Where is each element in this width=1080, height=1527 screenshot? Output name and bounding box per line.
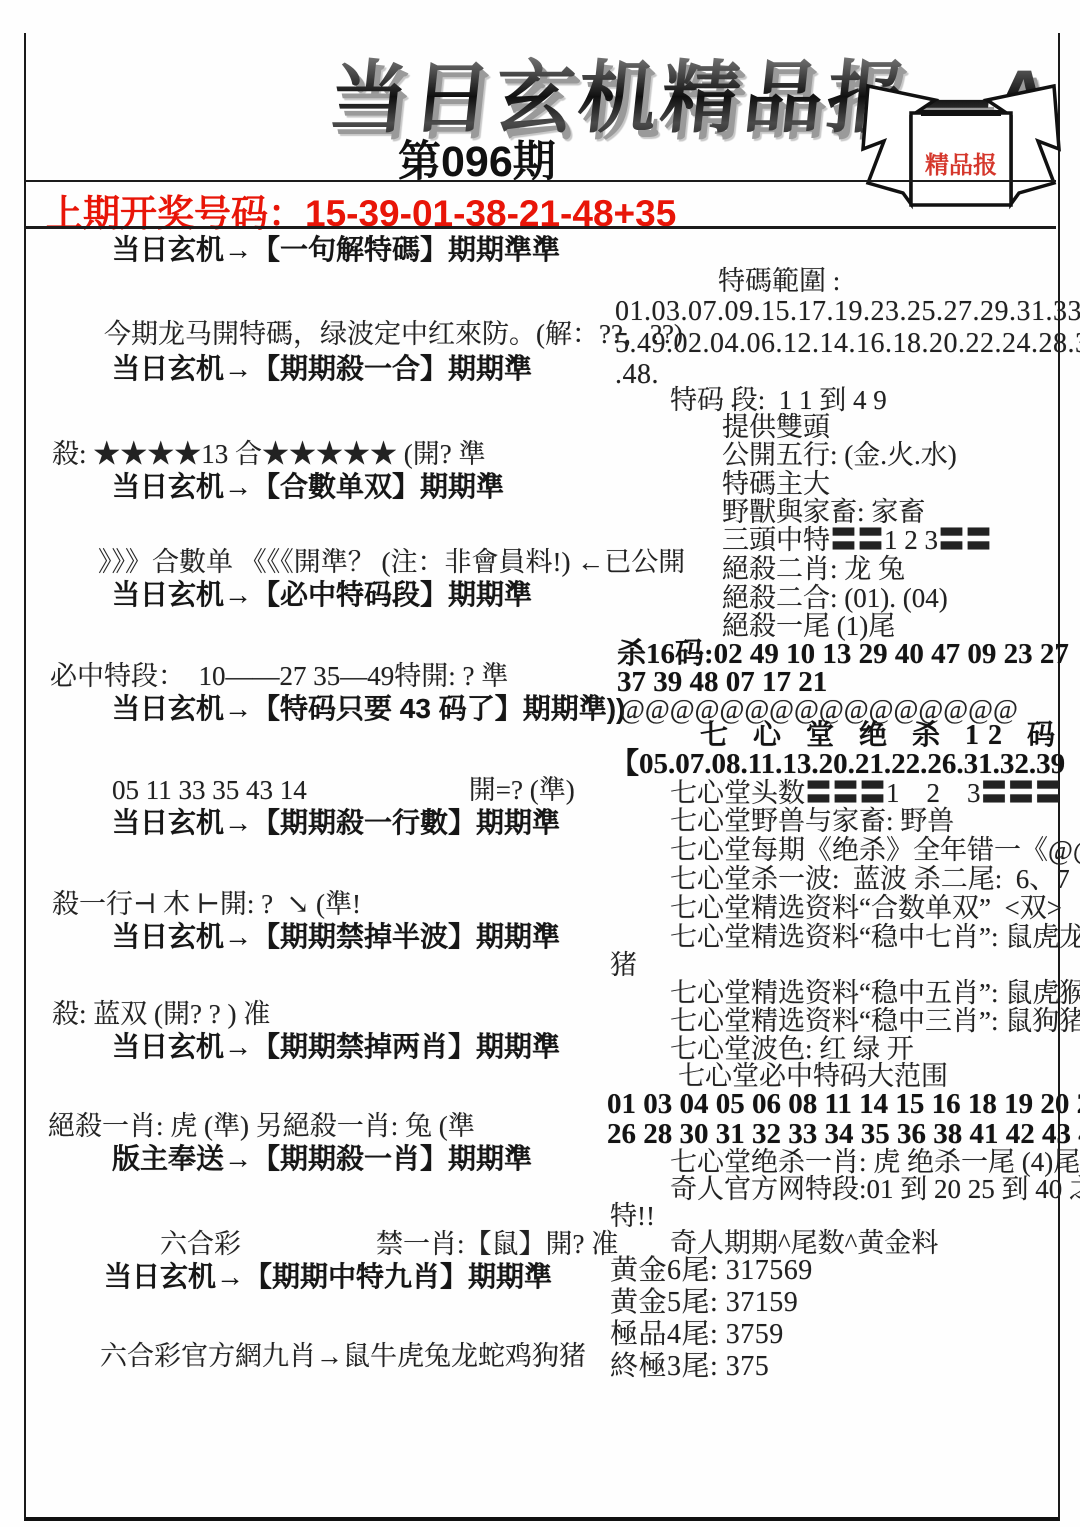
left-tip-line: 六合彩 禁一肖:【鼠】開? 准: [160, 1230, 618, 1260]
right-info-line: 七心堂精选资料“合数单双” <双>: [670, 894, 1062, 924]
right-info-line: 公開五行: (金.火.水): [722, 441, 957, 471]
right-info-line: 特碼範圍 :: [718, 267, 840, 297]
left-tip-line: 当日玄机→【期期禁掉半波】期期準: [112, 922, 560, 953]
right-info-line: 奇人官方网特段:01 到 20 25 到 40 之间博: [670, 1175, 1080, 1205]
left-tip-line: 当日玄机→【期期禁掉两肖】期期準: [112, 1032, 560, 1063]
left-tip-line: 当日玄机→【必中特码段】期期準: [112, 580, 532, 611]
right-info-line: 野獸與家畜: 家畜: [722, 498, 925, 528]
left-tip-line: 05 11 33 35 43 14 開=? (準): [112, 776, 575, 806]
right-info-line: 七心堂杀一波: 蓝波 杀二尾: 6、7: [670, 865, 1070, 895]
tip-sheet-page: 当日玄机精品报—A 当日玄机精品报—A 精品报 第096期 上期开奖号码：15-…: [0, 0, 1080, 1527]
right-info-line: 【05.07.08.11.13.20.21.22.26.31.32.39: [610, 749, 1065, 781]
right-info-line: 猪: [610, 951, 637, 981]
right-info-line: 特!!: [610, 1202, 655, 1232]
left-tip-line: 殺: ★★★★13 合★★★★★ (開? 準: [52, 440, 485, 470]
left-tip-line: 絕殺一肖: 虎 (準) 另絕殺一肖: 兔 (準: [48, 1112, 475, 1142]
left-tip-line: 殺一行⊣ 木 ⊢開: ? ↘ (準!: [52, 890, 361, 920]
left-tip-line: 当日玄机→【特码只要 43 码了】期期準)): [112, 694, 625, 725]
right-info-line: 三頭中特〓〓1 2 3〓〓: [722, 526, 992, 556]
right-info-line: .48.: [615, 360, 659, 391]
right-info-line: 七心堂精选资料“稳中五肖”: 鼠虎猴狗猪: [670, 979, 1080, 1009]
left-tip-line: 必中特段： 10——27 35—49特開: ? 準: [50, 662, 508, 692]
right-info-line: 七心堂头数〓〓〓1 2 3〓〓〓: [670, 779, 1062, 809]
left-tip-line: 殺: 蓝双 (開? ? ) 准: [52, 1000, 270, 1030]
left-tip-line: 六合彩官方網九肖→鼠牛虎兔龙蛇鸡狗猪: [100, 1342, 586, 1372]
right-info-line: 七心堂精选资料“稳中三肖”: 鼠狗猪: [670, 1007, 1080, 1037]
left-tip-line: 今期龙马開特碼，绿波定中红來防。(解：??，??): [104, 320, 683, 350]
left-tip-line: 当日玄机→【期期中特九肖】期期準: [104, 1262, 552, 1293]
left-tip-line: 当日玄机→【一句解特碼】期期準準: [112, 235, 560, 266]
right-info-line: 5.49.02.04.06.12.14.16.18.20.22.24.28.34…: [615, 329, 1080, 360]
content-box-top-rule: [24, 226, 1056, 229]
right-info-line: 七心堂精选资料“稳中七肖”: 鼠虎龙羊猴狗: [670, 923, 1080, 953]
left-tip-line: 当日玄机→【期期殺一合】期期準: [112, 354, 532, 385]
right-info-line: 七心堂野兽与家畜: 野兽: [670, 807, 954, 837]
right-info-line: 01 03 04 05 06 08 11 14 15 16 18 19 20 2…: [607, 1089, 1080, 1121]
right-info-line: 黄金6尾: 317569: [610, 1256, 813, 1287]
right-info-line: 終極3尾: 375: [610, 1352, 769, 1383]
right-info-line: 提供雙頭: [722, 413, 830, 443]
left-tip-line: 当日玄机→【合數单双】期期準: [112, 472, 504, 503]
right-info-line: 特碼主大: [722, 470, 830, 500]
left-tip-line: 当日玄机→【期期殺一行數】期期準: [112, 808, 560, 839]
header-rule: [24, 180, 1056, 182]
right-info-line: 絕殺二合: (01). (04): [722, 584, 948, 614]
right-info-line: 01.03.07.09.15.17.19.23.25.27.29.31.33.3…: [615, 297, 1080, 328]
right-info-line: 黄金5尾: 37159: [610, 1288, 798, 1319]
right-info-line: 極品4尾: 3759: [610, 1320, 784, 1351]
left-tip-line: 》》》合數单 《《《開準？ (注：非會員料!) ←已公開: [98, 548, 685, 578]
ribbon-badge: 精品报: [855, 73, 1067, 235]
right-info-line: 絕殺二肖: 龙 兔: [722, 555, 905, 585]
ribbon-label: 精品报: [925, 151, 997, 179]
left-tip-line: 版主奉送→【期期殺一肖】期期準: [112, 1144, 532, 1175]
right-info-line: 七心堂每期《绝杀》全年错一《@@虎@@》: [670, 836, 1080, 866]
